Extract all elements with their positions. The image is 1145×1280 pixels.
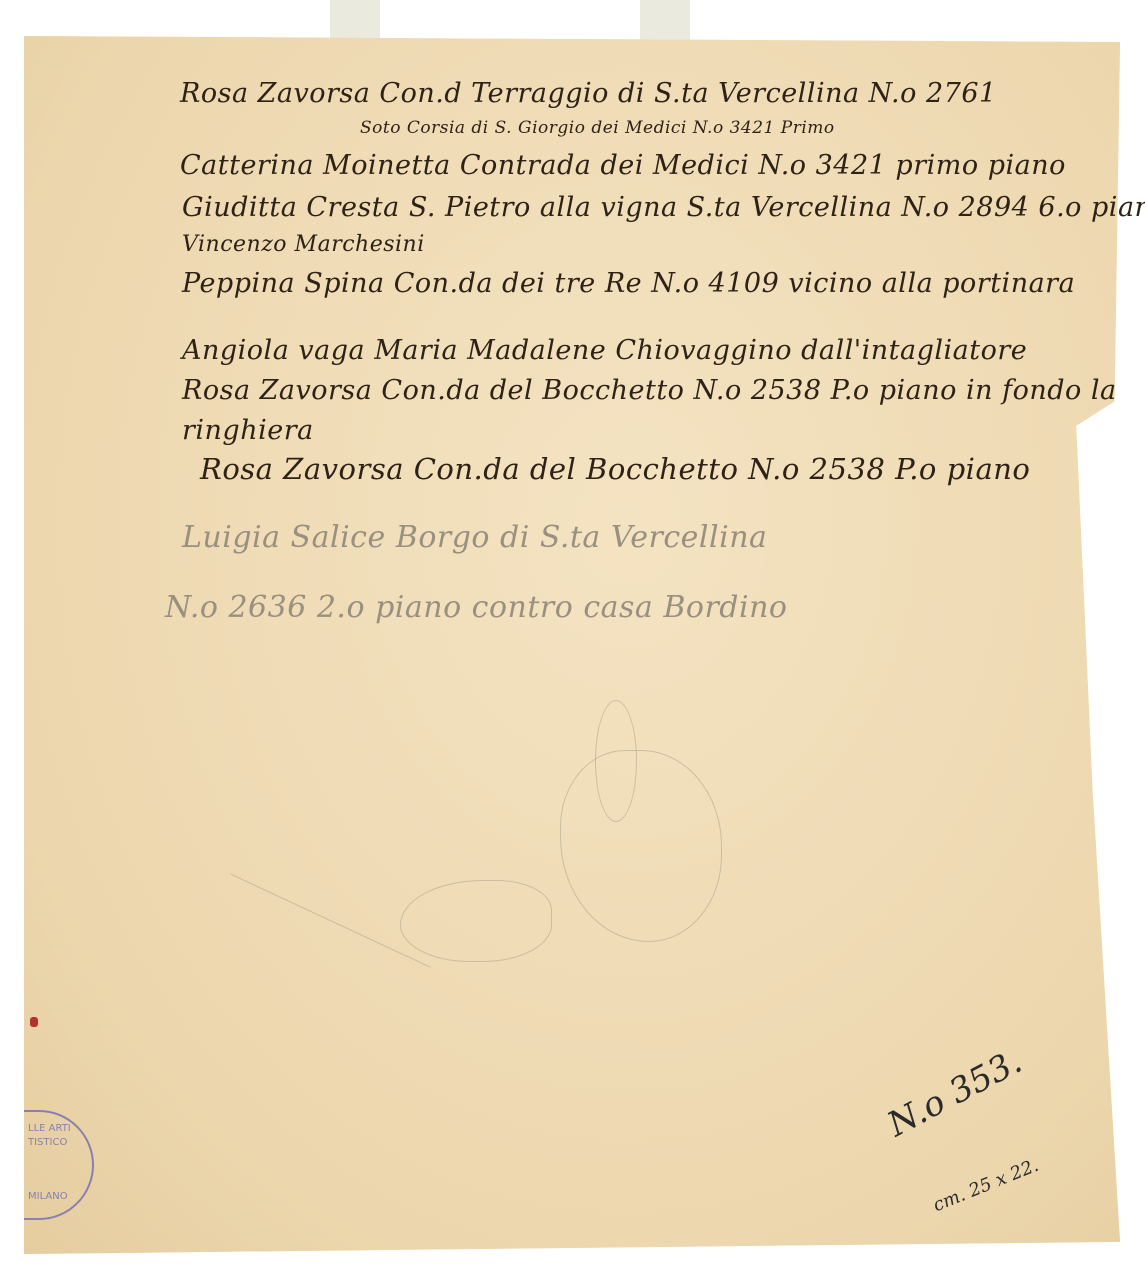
stamp-text-2: TISTICO [28, 1136, 92, 1150]
manuscript-line-3: Giuditta Cresta S. Pietro alla vigna S.t… [182, 192, 1145, 223]
pencil-line-2: N.o 2636 2.o piano contro casa Bordino [165, 590, 788, 625]
stamp-text-1: LLE ARTI [28, 1122, 92, 1136]
manuscript-line-5: Peppina Spina Con.da dei tre Re N.o 4109… [182, 268, 1075, 299]
interlinear-insertion: Soto Corsia di S. Giorgio dei Medici N.o… [360, 118, 835, 138]
stamp-text-3: MILANO [28, 1190, 92, 1204]
red-ink-mark [30, 1017, 38, 1027]
manuscript-line-1: Rosa Zavorsa Con.d Terraggio di S.ta Ver… [180, 78, 997, 109]
manuscript-line-2: Catterina Moinetta Contrada dei Medici N… [180, 150, 1066, 181]
manuscript-line-7: Rosa Zavorsa Con.da del Bocchetto N.o 25… [182, 375, 1117, 406]
manuscript-line-8: ringhiera [182, 415, 314, 446]
manuscript-line-6: Angiola vaga Maria Madalene Chiovaggino … [182, 335, 1027, 366]
manuscript-line-9: Rosa Zavorsa Con.da del Bocchetto N.o 25… [200, 452, 1030, 486]
pencil-line-1: Luigia Salice Borgo di S.ta Vercellina [182, 520, 767, 555]
archive-stamp: LLE ARTI TISTICO MILANO [24, 1110, 94, 1220]
manuscript-line-4: Vincenzo Marchesini [182, 232, 425, 257]
